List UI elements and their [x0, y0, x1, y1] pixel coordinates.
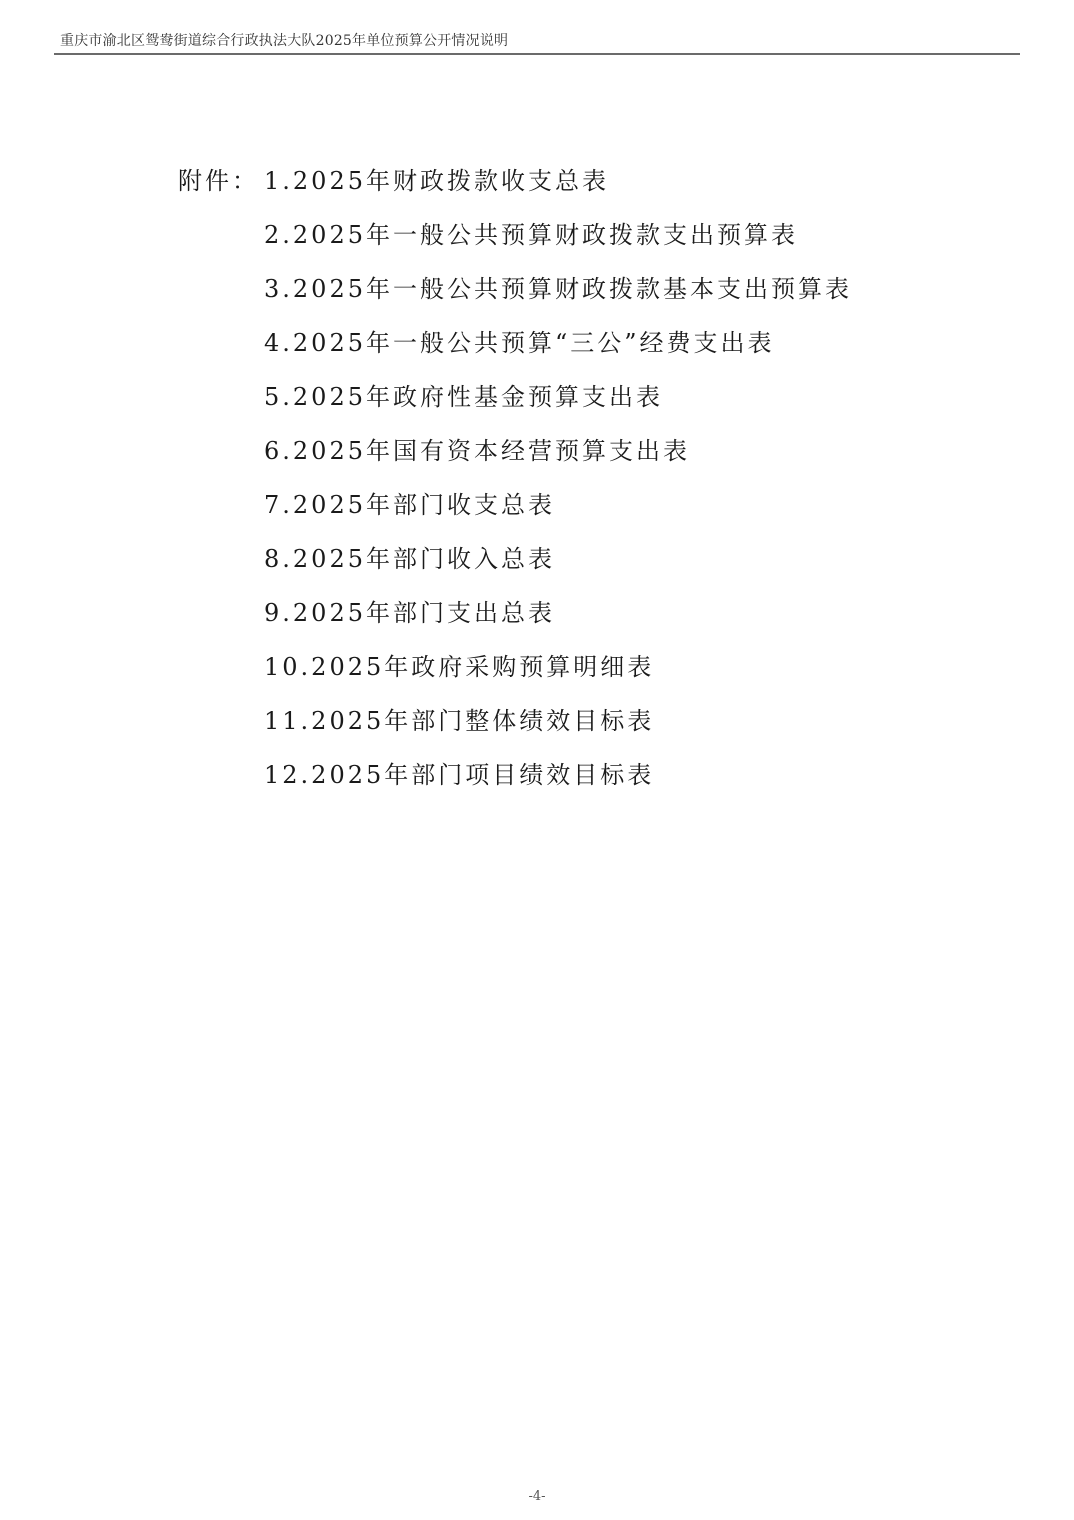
page-number: -4- — [0, 1489, 1074, 1504]
attachment-item: 8.2025年部门收入总表 — [178, 532, 852, 586]
attachment-text: 12.2025年部门项目绩效目标表 — [264, 748, 654, 802]
attachment-text: 3.2025年一般公共预算财政拨款基本支出预算表 — [264, 262, 852, 316]
attachment-item: 7.2025年部门收支总表 — [178, 478, 852, 532]
header-divider — [54, 53, 1020, 55]
attachment-text: 4.2025年一般公共预算“三公”经费支出表 — [264, 316, 775, 370]
attachment-item: 9.2025年部门支出总表 — [178, 586, 852, 640]
attachment-text: 1.2025年财政拨款收支总表 — [264, 154, 609, 208]
attachment-text: 6.2025年国有资本经营预算支出表 — [264, 424, 690, 478]
attachment-item: 6.2025年国有资本经营预算支出表 — [178, 424, 852, 478]
attachment-text: 7.2025年部门收支总表 — [264, 478, 555, 532]
attachments-list: 附件： 1.2025年财政拨款收支总表 2.2025年一般公共预算财政拨款支出预… — [178, 154, 852, 802]
attachment-item: 12.2025年部门项目绩效目标表 — [178, 748, 852, 802]
attachment-text: 10.2025年政府采购预算明细表 — [264, 640, 654, 694]
attachment-item: 5.2025年政府性基金预算支出表 — [178, 370, 852, 424]
attachments-label: 附件： — [178, 154, 264, 208]
attachment-text: 9.2025年部门支出总表 — [264, 586, 555, 640]
running-header-title: 重庆市渝北区鸳鸯街道综合行政执法大队2025年单位预算公开情况说明 — [60, 30, 508, 50]
attachment-item: 10.2025年政府采购预算明细表 — [178, 640, 852, 694]
attachment-item: 3.2025年一般公共预算财政拨款基本支出预算表 — [178, 262, 852, 316]
attachment-text: 5.2025年政府性基金预算支出表 — [264, 370, 663, 424]
attachment-text: 11.2025年部门整体绩效目标表 — [264, 694, 654, 748]
attachment-item: 附件： 1.2025年财政拨款收支总表 — [178, 154, 852, 208]
attachment-item: 4.2025年一般公共预算“三公”经费支出表 — [178, 316, 852, 370]
attachment-item: 11.2025年部门整体绩效目标表 — [178, 694, 852, 748]
attachment-text: 8.2025年部门收入总表 — [264, 532, 555, 586]
attachment-text: 2.2025年一般公共预算财政拨款支出预算表 — [264, 208, 798, 262]
attachment-item: 2.2025年一般公共预算财政拨款支出预算表 — [178, 208, 852, 262]
